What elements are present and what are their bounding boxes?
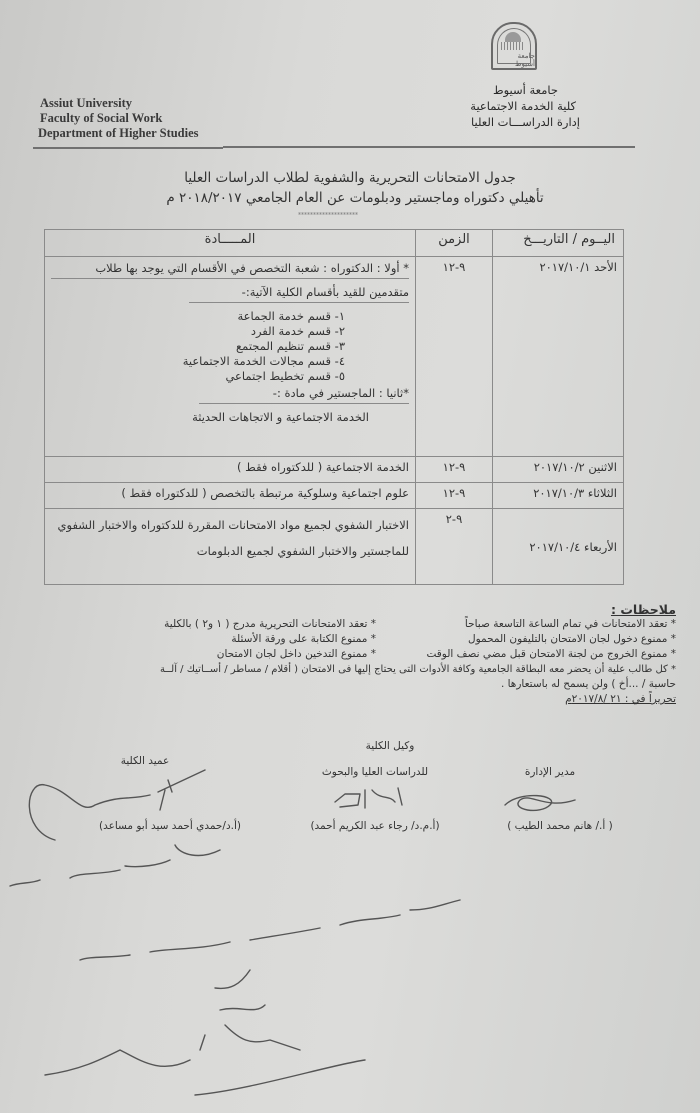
header-date: اليــوم / التاريـــخ [493, 230, 624, 257]
logo-caption: جامعة أسيوط [503, 52, 535, 68]
note-item: * كل طالب علية أن يحضر معه البطاقة الجام… [40, 662, 676, 677]
handwritten-annotations [0, 760, 700, 1113]
arabic-faculty-name: كلية الخدمة الاجتماعية [440, 98, 580, 114]
table-header-row: اليــوم / التاريـــخ الزمن المـــــادة [45, 230, 624, 257]
document-title: جدول الامتحانات التحريرية والشفوية لطلاب… [150, 168, 550, 188]
table-row: الأحد ٢٠١٧/١٠/١ ٩-١٢ * أولا : الدكتوراه … [45, 257, 624, 457]
note-item-cont: حاسبة / ...أخ ) ولن يسمح له باستعارها . [40, 677, 676, 692]
header-subject: المـــــادة [45, 230, 416, 257]
department-item: ٢- قسم خدمة الفرد [51, 324, 345, 339]
title-stars-divider: ******************** [298, 212, 358, 219]
doctorate-heading: * أولا : الدكتوراه : شعبة التخصص في الأق… [51, 261, 409, 279]
english-university-name: Assiut University [38, 96, 199, 111]
table-row: الأربعاء ٢٠١٧/١٠/٤ ٩-٢ الاختبار الشفوي ل… [45, 509, 624, 585]
vice-dean-signature-icon [335, 788, 402, 808]
masters-subject: الخدمة الاجتماعية و الاتجاهات الحديثة [51, 410, 409, 424]
departments-list: ١- قسم خدمة الجماعة ٢- قسم خدمة الفرد ٣-… [51, 309, 409, 384]
department-item: ٤- قسم مجالات الخدمة الاجتماعية [51, 354, 345, 369]
row-subject: علوم اجتماعية وسلوكية مرتبطة بالتخصص ( ل… [45, 483, 416, 509]
row-time: ٩-٢ [416, 509, 493, 585]
title-line-2: تأهيلي دكتوراه وماجستير ودبلومات عن العا… [140, 188, 570, 208]
row-subject: * أولا : الدكتوراه : شعبة التخصص في الأق… [45, 257, 416, 457]
dean-signature-icon [29, 770, 205, 840]
handwritten-note-line3-icon [215, 970, 265, 1010]
handwritten-note-line4-icon [45, 1025, 365, 1095]
letterhead-rule-left [33, 147, 223, 149]
english-department-name: Department of Higher Studies [38, 126, 199, 141]
arabic-department-name: إدارة الدراســـات العليا [440, 114, 580, 130]
notes-section: ملاحظات : * تعقد الامتحانات في تمام السا… [40, 602, 676, 707]
note-item: * ممنوع التدخين داخل لجان الامتحان [217, 647, 376, 662]
notes-heading: ملاحظات : [40, 602, 676, 617]
university-logo-icon: جامعة أسيوط [491, 22, 537, 70]
row-time: ٩-١٢ [416, 457, 493, 483]
notes-row: * ممنوع دخول لجان الامتحان بالتليفون الم… [40, 632, 676, 647]
exam-schedule-table: اليــوم / التاريـــخ الزمن المـــــادة ا… [44, 229, 624, 585]
title-line-1: جدول الامتحانات التحريرية والشفوية لطلاب… [150, 168, 550, 188]
vice-dean-title: وكيل الكلية [330, 740, 450, 752]
table-row: الثلاثاء ٢٠١٧/١٠/٣ ٩-١٢ علوم اجتماعية وس… [45, 483, 624, 509]
masters-heading: *ثانيا : الماجستير في مادة :- [199, 386, 409, 404]
note-item: * تعقد الامتحانات التحريرية مدرج ( ١ و٢ … [164, 617, 376, 632]
english-faculty-name: Faculty of Social Work [38, 111, 199, 126]
letterhead-rule-right [223, 146, 635, 148]
department-item: ٣- قسم تنظيم المجتمع [51, 339, 345, 354]
header-time: الزمن [416, 230, 493, 257]
arabic-university-name: جامعة أسيوط [440, 82, 580, 98]
row-date: الاثنين ٢٠١٧/١٠/٢ [493, 457, 624, 483]
notes-row: * ممنوع الخروج من لجنة الامتحان قبل مضي … [40, 647, 676, 662]
table-row: الاثنين ٢٠١٧/١٠/٢ ٩-١٢ الخدمة الاجتماعية… [45, 457, 624, 483]
handwritten-note-line2-icon [80, 900, 460, 960]
department-item: ٥- قسم تخطيط اجتماعي [51, 369, 345, 384]
document-subtitle: تأهيلي دكتوراه وماجستير ودبلومات عن العا… [140, 188, 570, 208]
row-date: الثلاثاء ٢٠١٧/١٠/٣ [493, 483, 624, 509]
row-date: الأربعاء ٢٠١٧/١٠/٤ [493, 509, 624, 585]
note-item: * ممنوع الخروج من لجنة الامتحان قبل مضي … [376, 647, 676, 662]
row-subject: الخدمة الاجتماعية ( للدكتوراه فقط ) [45, 457, 416, 483]
row-time: ٩-١٢ [416, 257, 493, 457]
note-item: * ممنوع الكتابة على ورقة الأسئلة [231, 632, 376, 647]
handwritten-note-line1-icon [10, 845, 220, 886]
row-time: ٩-١٢ [416, 483, 493, 509]
english-letterhead: Assiut University Faculty of Social Work… [38, 96, 199, 141]
written-on-date: تحريراً في : ٢١ /٢٠١٧/٨م [40, 692, 676, 707]
notes-row: * تعقد الامتحانات في تمام الساعة التاسعة… [40, 617, 676, 632]
note-item: * تعقد الامتحانات في تمام الساعة التاسعة… [376, 617, 676, 632]
note-item: * ممنوع دخول لجان الامتحان بالتليفون الم… [376, 632, 676, 647]
department-item: ١- قسم خدمة الجماعة [51, 309, 345, 324]
arabic-letterhead: جامعة أسيوط كلية الخدمة الاجتماعية إدارة… [440, 82, 580, 130]
director-signature-icon [505, 796, 575, 811]
row-date: الأحد ٢٠١٧/١٠/١ [493, 257, 624, 457]
row-subject: الاختبار الشفوي لجميع مواد الامتحانات ال… [45, 509, 416, 585]
doctorate-heading-cont: متقدمين للقيد بأقسام الكلية الآتية:- [189, 285, 409, 303]
